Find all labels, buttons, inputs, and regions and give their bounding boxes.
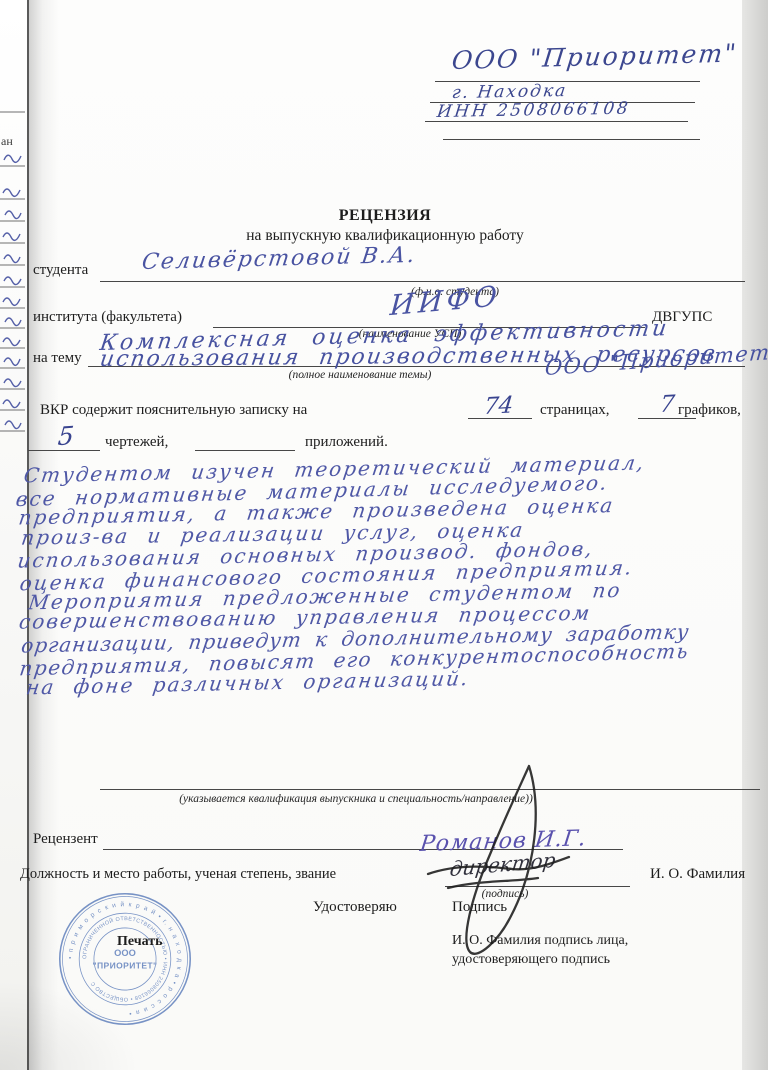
handwritten-pages-count: 74	[483, 392, 515, 420]
stamp-inner-ring-text: ОГРАНИЧЕННОЙ ОТВЕТСТВЕННОСТЬЮ • ИНН 2508…	[82, 916, 168, 1002]
institute-label: института (факультета)	[33, 309, 182, 326]
handwritten-review-paragraph: Студентом изучен теоретический материал,…	[16, 450, 741, 698]
previous-page-edge-lines	[0, 0, 27, 460]
pen-signature	[390, 758, 590, 973]
student-line	[100, 281, 745, 282]
scanned-review-form: ан ООО "Приоритет" г. Находка ИНН 250806…	[0, 0, 768, 1070]
appendix-line	[195, 450, 295, 451]
seal-label: Печать	[117, 934, 163, 950]
handwritten-drawings-count: 5	[57, 421, 75, 451]
handwritten-inn: ИНН 2508066108	[436, 99, 631, 122]
previous-page-text-fragment: ан	[1, 134, 13, 149]
contains-part3: графиков,	[678, 402, 741, 419]
handwritten-student-name: Селивёрстовой В.А.	[140, 243, 418, 275]
company-stamp: • п р и м о р с к и й к р а й • г. н а х…	[42, 893, 208, 1025]
scan-background-right	[742, 0, 768, 1070]
contains-part2: страницах,	[540, 402, 610, 419]
contains-part5: приложений.	[305, 434, 388, 451]
stamp-center-name: "ПРИОРИТЕТ"	[93, 960, 158, 970]
document-subtitle: на выпускную квалификационную работу	[30, 227, 740, 245]
contains-part1: ВКР содержит пояснительную записку на	[40, 402, 307, 419]
handwritten-graphs-count: 7	[659, 391, 676, 418]
corner-line-4	[443, 139, 700, 140]
contains-part4: чертежей,	[105, 434, 168, 451]
position-label: Должность и место работы, ученая степень…	[20, 866, 336, 883]
corner-line-3	[425, 121, 688, 122]
reviewer-name-placeholder: И. О. Фамилия	[650, 866, 745, 883]
handwritten-organization: ООО "Приоритет"	[450, 38, 739, 75]
document-title: РЕЦЕНЗИЯ	[30, 207, 740, 225]
handwriting-fragments	[3, 155, 21, 428]
student-label: студента	[33, 262, 88, 279]
certify-label: Удостоверяю	[313, 899, 397, 916]
theme-label: на тему	[33, 350, 82, 367]
theme-caption: (полное наименование темы)	[260, 369, 460, 381]
reviewer-label: Рецензент	[33, 831, 98, 848]
